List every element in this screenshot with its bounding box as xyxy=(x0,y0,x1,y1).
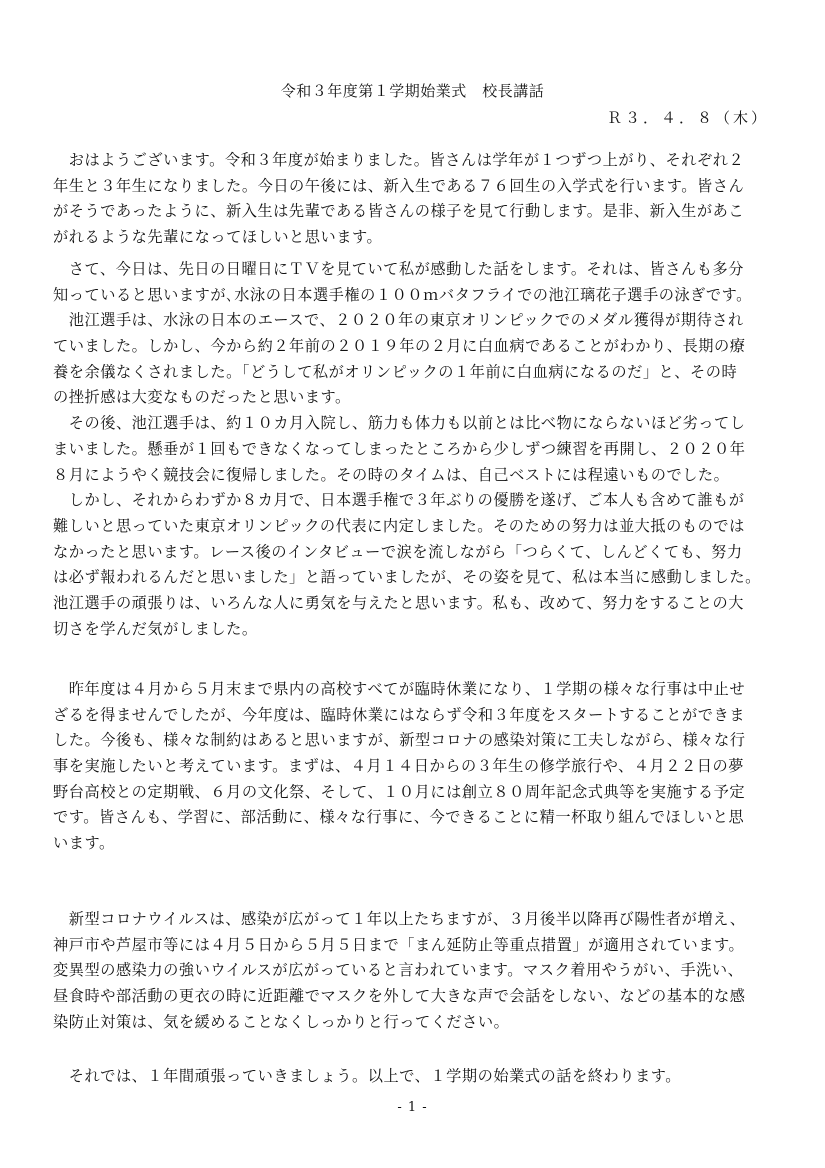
document-title: 令和３年度第１学期始業式 校長講話 xyxy=(0,80,825,101)
text-line: さて、今日は、先日の日曜日にＴＶを見ていて私が感動した話をします。それは、皆さん… xyxy=(53,257,783,283)
text-line: がそうであったように、新入生は先輩である皆さんの様子を見て行動します。是非、新入… xyxy=(53,199,783,225)
page-number: - 1 - xyxy=(0,1100,825,1115)
document-page: 令和３年度第１学期始業式 校長講話 Ｒ３．４．８（木） おはようございます。令和… xyxy=(0,0,825,1168)
paragraph-covid-measures: 新型コロナウイルスは、感染が広がって１年以上たちますが、３月後半以降再び陽性者が… xyxy=(53,907,783,1035)
text-line: 難しいと思っていた東京オリンピックの代表に内定しました。そのための努力は並大抵の… xyxy=(53,514,783,540)
text-line: 養を余儀なくされました。「どうして私がオリンピックの１年前に白血病になるのだ」と… xyxy=(53,360,783,386)
text-line: 切さを学んだ気がしました。 xyxy=(53,617,783,643)
text-line: 神戸市や芦屋市等には４月５日から５月５日まで「まん延防止等重点措置」が適用されて… xyxy=(53,933,783,959)
text-line: です。皆さんも、学習に、部活動に、様々な行事に、今できることに精一杯取り組んでほ… xyxy=(53,805,783,831)
text-line: 池江選手の頑張りは、いろんな人に勇気を与えたと思います。私も、改めて、努力をする… xyxy=(53,591,783,617)
text-line: 昨年度は４月から５月末まで県内の高校すべてが臨時休業になり、１学期の様々な行事は… xyxy=(53,677,783,703)
paragraph-ikee-story: さて、今日は、先日の日曜日にＴＶを見ていて私が感動した話をします。それは、皆さん… xyxy=(53,257,783,642)
text-line: 昼食時や部活動の更衣の時に近距離でマスクを外して大きな声で会話をしない、などの基… xyxy=(53,984,783,1010)
text-line: 池江選手は、水泳の日本のエースで、２０２０年の東京オリンピックでのメダル獲得が期… xyxy=(53,308,783,334)
text-line: 野台高校との定期戦、６月の文化祭、そして、１０月には創立８０周年記念式典等を実施… xyxy=(53,780,783,806)
text-line: 変異型の感染力の強いウイルスが広がっていると言われています。マスク着用やうがい、… xyxy=(53,958,783,984)
text-line: がれるような先輩になってほしいと思います。 xyxy=(53,225,783,251)
text-line: しかし、それからわずか８カ月で、日本選手権で３年ぶりの優勝を遂げ、ご本人も含めて… xyxy=(53,488,783,514)
text-line: ざるを得ませんでしたが、今年度は、臨時休業にはならず令和３年度をスタートすること… xyxy=(53,703,783,729)
text-line: した。今後も、様々な制約はあると思いますが、新型コロナの感染対策に工夫しながら、… xyxy=(53,728,783,754)
text-line: は必ず報われるんだと思いました」と語っていましたが、その姿を見て、私は本当に感動… xyxy=(53,565,783,591)
text-line: それでは、１年間頑張っていきましょう。以上で、１学期の始業式の話を終わります。 xyxy=(53,1064,783,1090)
text-line: の挫折感は大変なものだったと思います。 xyxy=(53,385,783,411)
text-line: その後、池江選手は、約１０カ月入院し、筋力も体力も以前とは比べ物にならないほど劣… xyxy=(53,411,783,437)
text-line: ８月にようやく競技会に復帰しました。その時のタイムは、自己ベストには程遠いもので… xyxy=(53,463,783,489)
paragraph-school-events: 昨年度は４月から５月末まで県内の高校すべてが臨時休業になり、１学期の様々な行事は… xyxy=(53,677,783,857)
text-line: なかったと思います。レース後のインタビューで涙を流しながら「つらくて、しんどくて… xyxy=(53,540,783,566)
text-line: 新型コロナウイルスは、感染が広がって１年以上たちますが、３月後半以降再び陽性者が… xyxy=(53,907,783,933)
text-line: ていました。しかし、今から約２年前の２０１９年の２月に白血病であることがわかり、… xyxy=(53,334,783,360)
paragraph-closing: それでは、１年間頑張っていきましょう。以上で、１学期の始業式の話を終わります。 xyxy=(53,1064,783,1090)
text-line: 年生と３年生になりました。今日の午後には、新入生である７６回生の入学式を行います… xyxy=(53,174,783,200)
text-line: 事を実施したいと考えています。まずは、４月１４日からの３年生の修学旅行や、４月２… xyxy=(53,754,783,780)
text-line: 知っていると思いますが､水泳の日本選手権の１００ｍバタフライでの池江璃花子選手の… xyxy=(53,283,783,309)
text-line: おはようございます。令和３年度が始まりました。皆さんは学年が１つずつ上がり、それ… xyxy=(53,148,783,174)
document-date: Ｒ３．４．８（木） xyxy=(607,107,769,128)
text-line: います。 xyxy=(53,831,783,857)
text-line: まいました。懸垂が１回もできなくなってしまったところから少しずつ練習を再開し、２… xyxy=(53,437,783,463)
text-line: 染防止対策は、気を緩めることなくしっかりと行ってください。 xyxy=(53,1010,783,1036)
paragraph-greeting: おはようございます。令和３年度が始まりました。皆さんは学年が１つずつ上がり、それ… xyxy=(53,148,783,251)
